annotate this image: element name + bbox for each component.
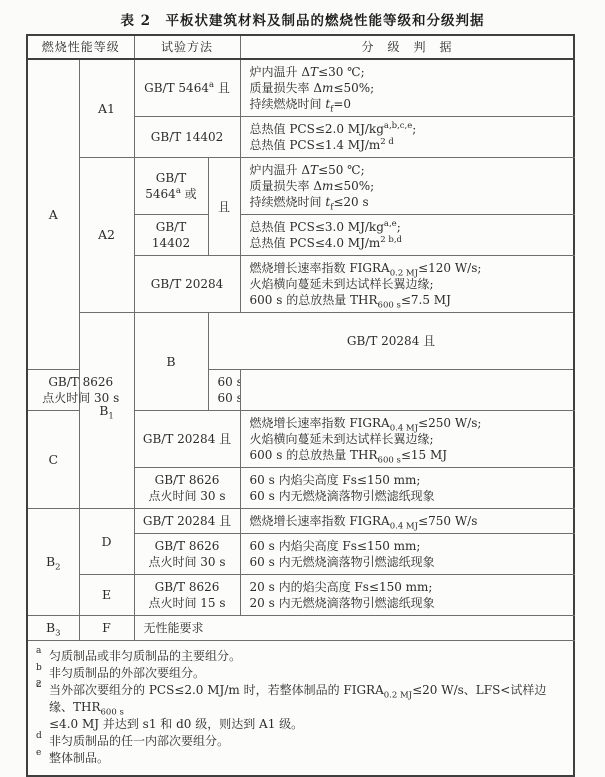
footnote-c-cont: ≤4.0 MJ 并达到 s1 和 d0 级，则达到 A1 级。 xyxy=(33,716,566,733)
criteria-cell: 无性能要求 xyxy=(134,616,574,641)
grade-a2: A2 xyxy=(79,158,134,313)
criteria-cell: 燃烧增长速率指数 FIGRA0.2 MJ≤120 W/s;火焰横向蔓延未到达试样… xyxy=(240,256,574,313)
document-page: { "title": "表 2 平板状建筑材料及制品的燃烧性能等级和分级判据",… xyxy=(0,0,605,751)
grade-f: F xyxy=(79,616,134,641)
table-row: GB/T 8626点火时间 30 s60 s 内焰尖高度 Fs≤150 mm;6… xyxy=(27,370,574,411)
table-row: B2DGB/T 20284 且燃烧增长速率指数 FIGRA0.4 MJ≤750 … xyxy=(27,509,574,534)
criteria-cell: 60 s 内焰尖高度 Fs≤150 mm;60 s 内无燃烧滴落物引燃滤纸现象 xyxy=(240,468,574,509)
col-header-method: 试验方法 xyxy=(134,35,240,59)
col-header-grade: 燃烧性能等级 xyxy=(27,35,134,59)
table-row: EGB/T 8626点火时间 15 s20 s 内的焰尖高度 Fs≤150 mm… xyxy=(27,575,574,616)
footnote-c: c当外部次要组分的 PCS≤2.0 MJ/m2 时，若整体制品的 FIGRA0.… xyxy=(33,682,566,716)
method-cell: GB/T 8626点火时间 30 s xyxy=(27,370,134,411)
table-header-row: 燃烧性能等级试验方法分 级 判 据 xyxy=(27,35,574,59)
method-cell: GB/T 20284 且 xyxy=(134,411,240,468)
table-row: B1BGB/T 20284 且燃烧增长速率指数 FIGRA0.2 MJ≤120 … xyxy=(27,313,574,370)
method-cell: GB/T 14402 xyxy=(134,117,240,158)
grade-b: B xyxy=(134,313,208,411)
footnotes-row: a匀质制品或非匀质制品的主要组分。b非匀质制品的外部次要组分。c当外部次要组分的… xyxy=(27,641,574,777)
footnote-a: a匀质制品或非匀质制品的主要组分。 xyxy=(33,648,566,665)
criteria-cell: 总热值 PCS≤2.0 MJ/kga,b,c,e;总热值 PCS≤1.4 MJ/… xyxy=(240,117,574,158)
combustion-grade-table: 燃烧性能等级试验方法分 级 判 据AA1GB/T 5464a 且炉内温升 ΔT≤… xyxy=(26,34,575,777)
method-cell: GB/T 8626点火时间 15 s xyxy=(134,575,240,616)
method-cell: GB/T 20284 且 xyxy=(134,509,240,534)
grade-a1: A1 xyxy=(79,59,134,158)
table-row: B3F无性能要求 xyxy=(27,616,574,641)
grade-group-b1: B1 xyxy=(79,313,134,509)
criteria-cell: 60 s 内焰尖高度 Fs≤150 mm;60 s 内无燃烧滴落物引燃滤纸现象 xyxy=(240,534,574,575)
table-title: 表 2 平板状建筑材料及制品的燃烧性能等级和分级判据 xyxy=(0,9,605,29)
footnotes-cell: a匀质制品或非匀质制品的主要组分。b非匀质制品的外部次要组分。c当外部次要组分的… xyxy=(27,641,574,777)
footnote-b: b非匀质制品的外部次要组分。 xyxy=(33,665,566,682)
table-row: A2GB/T 5464a 或且炉内温升 ΔT≤50 ℃;质量损失率 Δm≤50%… xyxy=(27,158,574,215)
method-cell: GB/T 5464a 或 xyxy=(134,158,208,215)
criteria-cell: 60 s 内焰尖高度 Fs≤150 mm;60 s 内无燃烧滴落物引燃滤纸现象 xyxy=(208,370,240,411)
grade-group-b2: B2 xyxy=(27,509,79,616)
grade-group-a: A xyxy=(27,59,79,370)
criteria-cell: 炉内温升 ΔT≤50 ℃;质量损失率 Δm≤50%;持续燃烧时间 tf≤20 s xyxy=(240,158,574,215)
criteria-cell: 燃烧增长速率指数 FIGRA0.4 MJ≤250 W/s;火焰横向蔓延未到达试样… xyxy=(240,411,574,468)
and-connector-cell: 且 xyxy=(208,158,240,256)
criteria-cell: 20 s 内的焰尖高度 Fs≤150 mm;20 s 内无燃烧滴落物引燃滤纸现象 xyxy=(240,575,574,616)
grade-group-b3: B3 xyxy=(27,616,79,641)
method-cell: GB/T 20284 xyxy=(134,256,240,313)
col-header-criteria: 分 级 判 据 xyxy=(240,35,574,59)
footnote-d: d非匀质制品的任一内部次要组分。 xyxy=(33,733,566,750)
criteria-cell: 炉内温升 ΔT≤30 ℃;质量损失率 Δm≤50%;持续燃烧时间 tf=0 xyxy=(240,59,574,117)
method-cell: GB/T 5464a 且 xyxy=(134,59,240,117)
criteria-cell: 总热值 PCS≤3.0 MJ/kga,e;总热值 PCS≤4.0 MJ/m2 b… xyxy=(240,215,574,256)
footnote-e: e整体制品。 xyxy=(33,750,566,767)
table-row: AA1GB/T 5464a 且炉内温升 ΔT≤30 ℃;质量损失率 Δm≤50%… xyxy=(27,59,574,117)
method-cell: GB/T 8626点火时间 30 s xyxy=(134,534,240,575)
grade-d: D xyxy=(79,509,134,575)
grade-e: E xyxy=(79,575,134,616)
method-cell: GB/T 8626点火时间 30 s xyxy=(134,468,240,509)
criteria-cell: 燃烧增长速率指数 FIGRA0.4 MJ≤750 W/s xyxy=(240,509,574,534)
method-cell: GB/T 20284 且 xyxy=(208,313,574,370)
grade-c: C xyxy=(27,411,79,509)
method-cell: GB/T 14402 xyxy=(134,215,208,256)
